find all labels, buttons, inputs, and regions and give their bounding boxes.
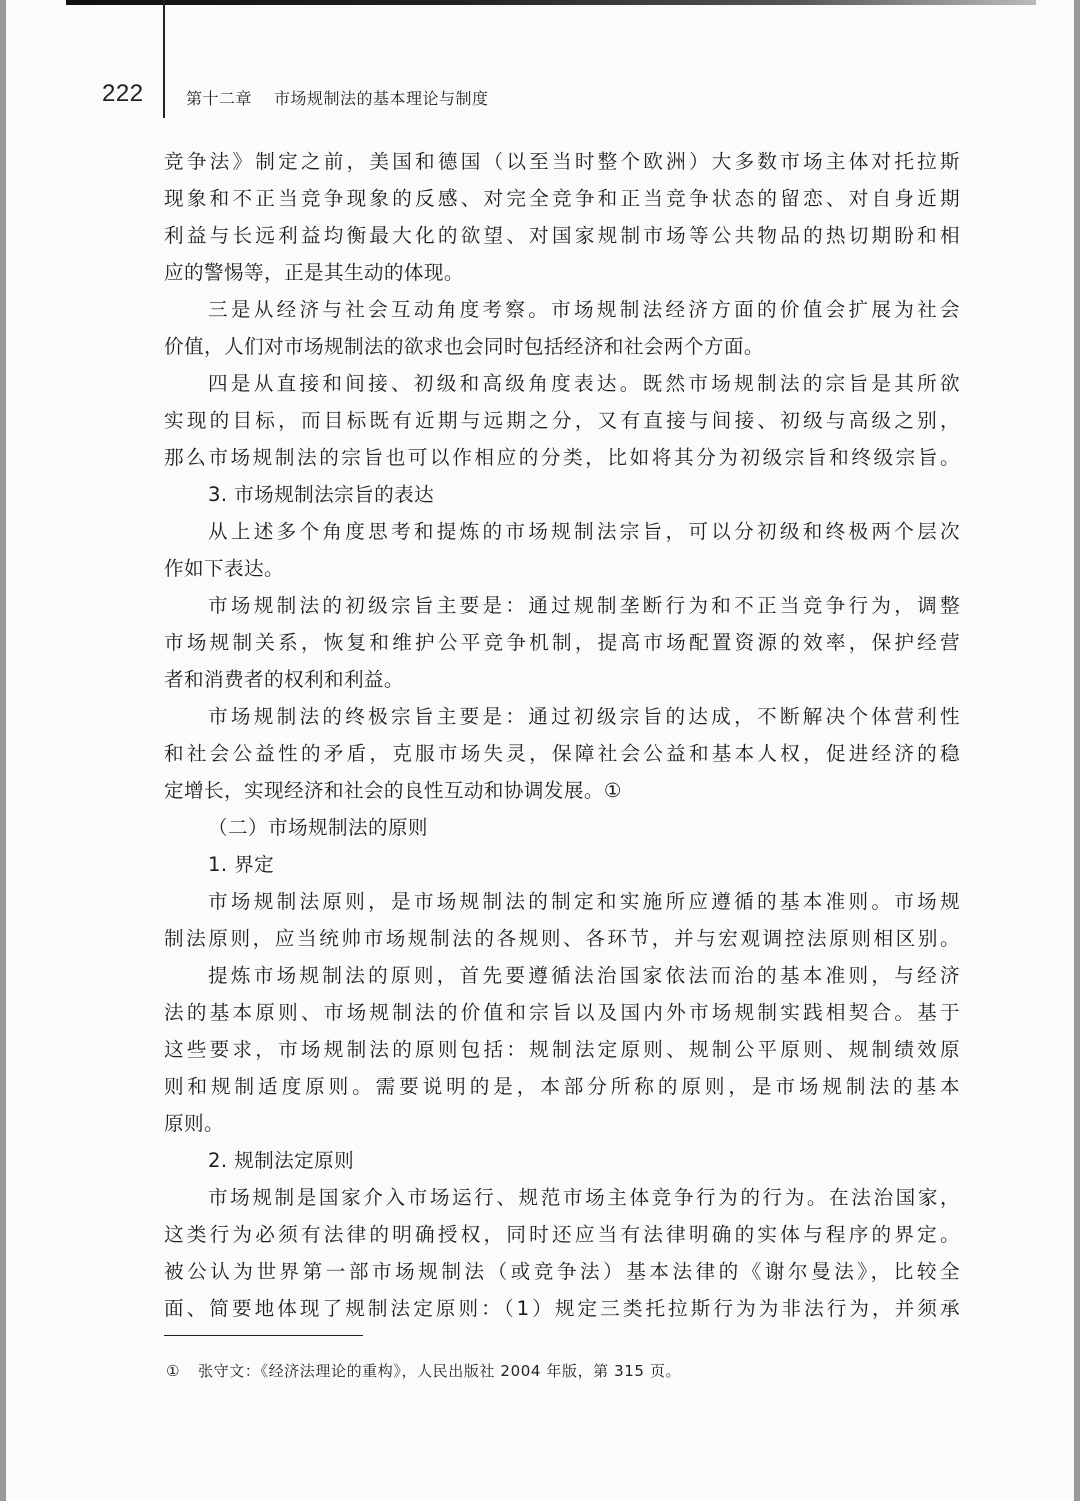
text-line: 原则。 [164,1105,960,1142]
text-line: 市场规制法的初级宗旨主要是：通过规制垄断行为和不正当竞争行为，调整 [164,587,960,624]
text-line: 市场规制法原则，是市场规制法的制定和实施所应遵循的基本准则。市场规 [164,883,960,920]
text-line: 作如下表达。 [164,550,960,587]
chapter-title: 市场规制法的基本理论与制度 [274,89,489,108]
text-line: 利益与长远利益均衡最大化的欲望、对国家规制市场等公共物品的热切期盼和相 [164,217,960,254]
text-line: 现象和不正当竞争现象的反感、对完全竞争和正当竞争状态的留恋、对自身近期 [164,180,960,217]
scan-edge-shadow [66,0,1036,5]
text-line: 则和规制适度原则。需要说明的是，本部分所称的原则，是市场规制法的基本 [164,1068,960,1105]
footnote-divider [164,1335,363,1336]
book-page: 222 第十二章市场规制法的基本理论与制度 竞争法》制定之前，美国和德国（以至当… [6,0,1074,1501]
chapter-label: 第十二章 [186,89,252,108]
text-line: 三是从经济与社会互动角度考察。市场规制法经济方面的价值会扩展为社会 [164,291,960,328]
text-line: 1. 界定 [164,846,960,883]
text-line: 市场规制法的终极宗旨主要是：通过初级宗旨的达成，不断解决个体营利性 [164,698,960,735]
text-line: 定增长，实现经济和社会的良性互动和协调发展。① [164,772,960,809]
text-line: 市场规制关系，恢复和维护公平竞争机制，提高市场配置资源的效率，保护经营 [164,624,960,661]
text-line: 者和消费者的权利和利益。 [164,661,960,698]
text-line: 这类行为必须有法律的明确授权，同时还应当有法律明确的实体与程序的界定。 [164,1216,960,1253]
text-line: 那么市场规制法的宗旨也可以作相应的分类，比如将其分为初级宗旨和终级宗旨。 [164,439,960,476]
text-line: 2. 规制法定原则 [164,1142,960,1179]
page-number: 222 [102,80,144,108]
text-line: 这些要求，市场规制法的原则包括：规制法定原则、规制公平原则、规制绩效原 [164,1031,960,1068]
footnote-mark: ① [166,1362,180,1380]
running-head: 第十二章市场规制法的基本理论与制度 [186,86,489,109]
text-line: 从上述多个角度思考和提炼的市场规制法宗旨，可以分初级和终极两个层次 [164,513,960,550]
text-line: 提炼市场规制法的原则，首先要遵循法治国家依法而治的基本准则，与经济 [164,957,960,994]
text-line: 竞争法》制定之前，美国和德国（以至当时整个欧洲）大多数市场主体对托拉斯 [164,143,960,180]
text-line: 价值，人们对市场规制法的欲求也会同时包括经济和社会两个方面。 [164,328,960,365]
text-line: （二）市场规制法的原则 [164,809,960,846]
text-line: 和社会公益性的矛盾，克服市场失灵，保障社会公益和基本人权，促进经济的稳 [164,735,960,772]
text-line: 面、简要地体现了规制法定原则：（1）规定三类托拉斯行为为非法行为，并须承 [164,1290,960,1327]
text-line: 市场规制是国家介入市场运行、规范市场主体竞争行为的行为。在法治国家， [164,1179,960,1216]
body-text: 竞争法》制定之前，美国和德国（以至当时整个欧洲）大多数市场主体对托拉斯现象和不正… [164,143,960,1327]
text-line: 法的基本原则、市场规制法的价值和宗旨以及国内外市场规制实践相契合。基于 [164,994,960,1031]
text-line: 被公认为世界第一部市场规制法（或竞争法）基本法律的《谢尔曼法》，比较全 [164,1253,960,1290]
header-divider [163,0,165,118]
text-line: 制法原则，应当统帅市场规制法的各规则、各环节，并与宏观调控法原则相区别。 [164,920,960,957]
footnote-text: 张守文：《经济法理论的重构》，人民出版社 2004 年版，第 315 页。 [198,1362,681,1380]
text-line: 四是从直接和间接、初级和高级角度表达。既然市场规制法的宗旨是其所欲 [164,365,960,402]
text-line: 实现的目标，而目标既有近期与远期之分，又有直接与间接、初级与高级之别， [164,402,960,439]
footnote: ①张守文：《经济法理论的重构》，人民出版社 2004 年版，第 315 页。 [166,1360,681,1381]
text-line: 3. 市场规制法宗旨的表达 [164,476,960,513]
text-line: 应的警惕等，正是其生动的体现。 [164,254,960,291]
